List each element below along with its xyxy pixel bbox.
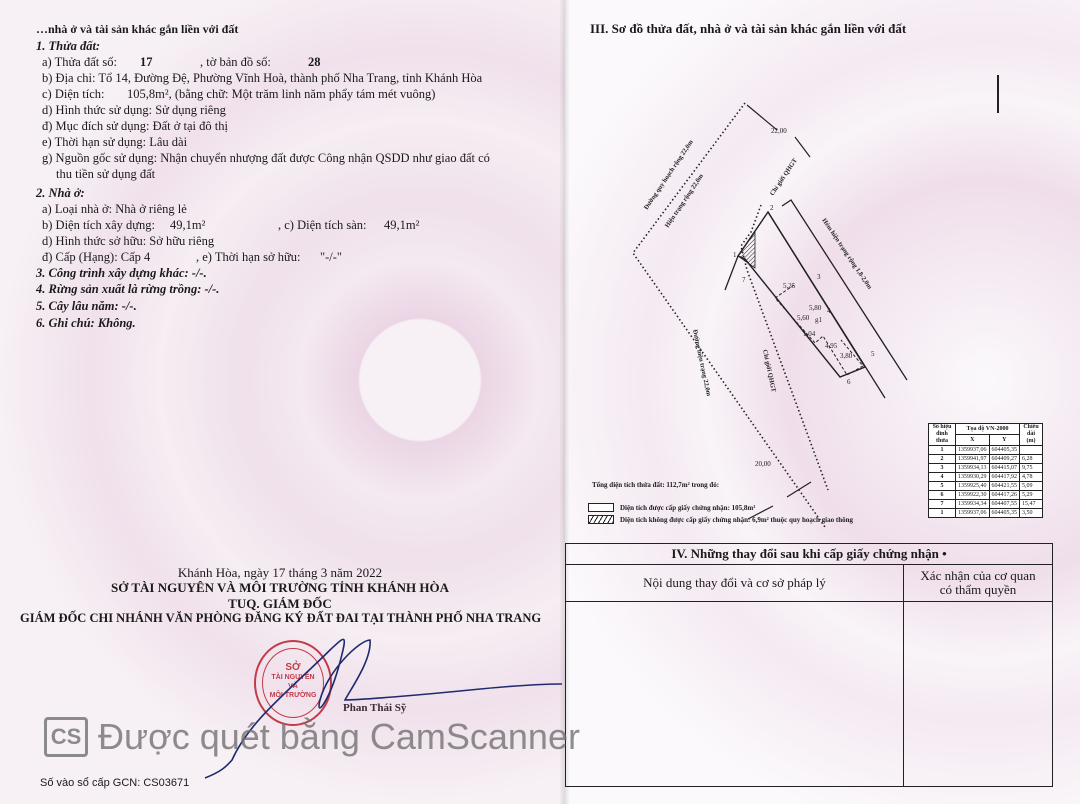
authority-confirm-cell: [904, 602, 1052, 786]
coord-cell-y: 604405,35: [989, 509, 1020, 518]
coord-cell-v: 6: [929, 491, 956, 500]
svg-text:1: 1: [733, 251, 737, 259]
signer-name: Phan Thái Sỹ: [343, 702, 406, 714]
svg-text:3: 3: [817, 273, 821, 281]
legend-certified-text: Diện tích được cấp giấy chứng nhận: 105,…: [620, 504, 755, 512]
coordinate-table: Số hiệu đỉnh thửa Tọa độ VN-2000 Chiều d…: [928, 423, 1043, 518]
camscanner-watermark: CS Được quét bằng CamScanner: [44, 716, 580, 758]
svg-text:3,80: 3,80: [840, 352, 853, 360]
coord-row: 11359937,06604405,353,50: [929, 509, 1043, 518]
coord-cell-v: 4: [929, 473, 956, 482]
coord-cell-x: 1359937,06: [956, 509, 990, 518]
coord-cell-y: 604417,92: [989, 473, 1020, 482]
boundary-side-label: Chỉ giới QHGT: [761, 349, 777, 393]
legend-box-hatched: [588, 515, 614, 524]
legend-certified: Diện tích được cấp giấy chứng nhận: 105,…: [588, 503, 755, 512]
coord-row: 71359934,34604407,5515,47: [929, 500, 1043, 509]
change-content-cell: [566, 602, 904, 786]
boundary-top-label: Chỉ giới QHGT: [769, 157, 799, 197]
dim-bottom: 20,00: [755, 460, 771, 468]
coord-cell-len: 5,29: [1020, 491, 1043, 500]
svg-text:6: 6: [847, 378, 851, 386]
coord-cell-y: 604417,26: [989, 491, 1020, 500]
coord-row: 21359941,97604409,276,28: [929, 455, 1043, 464]
legend-not-certified: Diện tích không được cấp giấy chứng nhận…: [588, 515, 853, 524]
coord-cell-len: 6,28: [1020, 455, 1043, 464]
coord-row: 41359930,29604417,924,78: [929, 473, 1043, 482]
coord-cell-x: 1359925,40: [956, 482, 990, 491]
svg-text:1,04: 1,04: [803, 330, 816, 338]
coord-cell-len: 9,75: [1020, 464, 1043, 473]
legend-not-certified-text: Diện tích không được cấp giấy chứng nhận…: [620, 516, 853, 524]
coord-cell-v: 1: [929, 446, 956, 455]
col-authority-confirm: Xác nhận của cơ quancó thẩm quyền: [904, 565, 1052, 601]
col-y: Y: [989, 435, 1020, 446]
coord-cell-len: 15,47: [1020, 500, 1043, 509]
camscanner-logo-icon: CS: [44, 717, 88, 757]
coord-cell-y: 604407,55: [989, 500, 1020, 509]
col-length: Chiều dài (m): [1020, 424, 1043, 446]
alley-label: Hẻm hiện trạng rộng 1,8-2,0m: [820, 217, 873, 291]
coord-cell-x: 1359937,06: [956, 446, 990, 455]
coord-cell-x: 1359941,97: [956, 455, 990, 464]
coord-cell-v: 3: [929, 464, 956, 473]
coord-row: 31359934,13604415,079,75: [929, 464, 1043, 473]
col-coords: Tọa độ VN-2000: [956, 424, 1020, 435]
camscanner-text: Được quét bằng CamScanner: [98, 716, 580, 758]
coord-cell-x: 1359930,29: [956, 473, 990, 482]
svg-text:5,80: 5,80: [809, 304, 822, 312]
coord-cell-x: 1359922,30: [956, 491, 990, 500]
changes-title: IV. Những thay đổi sau khi cấp giấy chứn…: [566, 544, 1052, 565]
coord-cell-len: 4,78: [1020, 473, 1043, 482]
svg-text:5,60: 5,60: [797, 314, 810, 322]
road-current-top-label: Hiện trạng rộng 22,0m: [664, 172, 705, 229]
dim-top: 22,00: [771, 127, 787, 135]
coord-cell-v: 2: [929, 455, 956, 464]
legend-box-plain: [588, 503, 614, 512]
col-x: X: [956, 435, 990, 446]
coord-row: 61359922,30604417,265,29: [929, 491, 1043, 500]
svg-text:2: 2: [770, 204, 774, 212]
coord-cell-len: 5,09: [1020, 482, 1043, 491]
coord-row: 11359937,06604405,35: [929, 446, 1043, 455]
coord-cell-x: 1359934,34: [956, 500, 990, 509]
changes-table: IV. Những thay đổi sau khi cấp giấy chứn…: [565, 543, 1053, 787]
svg-text:4,95: 4,95: [825, 342, 838, 350]
svg-text:5: 5: [871, 350, 875, 358]
svg-text:5,25: 5,25: [783, 282, 796, 290]
coord-row: 51359925,40604421,555,09: [929, 482, 1043, 491]
svg-text:g1: g1: [815, 316, 823, 324]
coord-cell-len: [1020, 446, 1043, 455]
svg-text:4: 4: [827, 307, 831, 315]
coord-cell-y: 604421,55: [989, 482, 1020, 491]
handwritten-signature: [0, 0, 565, 804]
coord-cell-x: 1359934,13: [956, 464, 990, 473]
coord-cell-y: 604409,27: [989, 455, 1020, 464]
col-change-content: Nội dung thay đổi và cơ sở pháp lý: [566, 565, 904, 601]
coord-cell-v: 7: [929, 500, 956, 509]
coord-cell-y: 604405,35: [989, 446, 1020, 455]
coord-cell-v: 1: [929, 509, 956, 518]
col-vertex: Số hiệu đỉnh thửa: [929, 424, 956, 446]
road-current-side-label: Đường hiện trạng 22,0m: [691, 329, 712, 397]
total-area: Tổng diện tích thửa đất: 112,7m² trong đ…: [592, 481, 719, 489]
coord-cell-v: 5: [929, 482, 956, 491]
svg-text:7: 7: [742, 276, 746, 284]
coord-cell-y: 604415,07: [989, 464, 1020, 473]
coord-cell-len: 3,50: [1020, 509, 1043, 518]
gcn-number: Số vào sổ cấp GCN: CS03671: [40, 777, 189, 789]
